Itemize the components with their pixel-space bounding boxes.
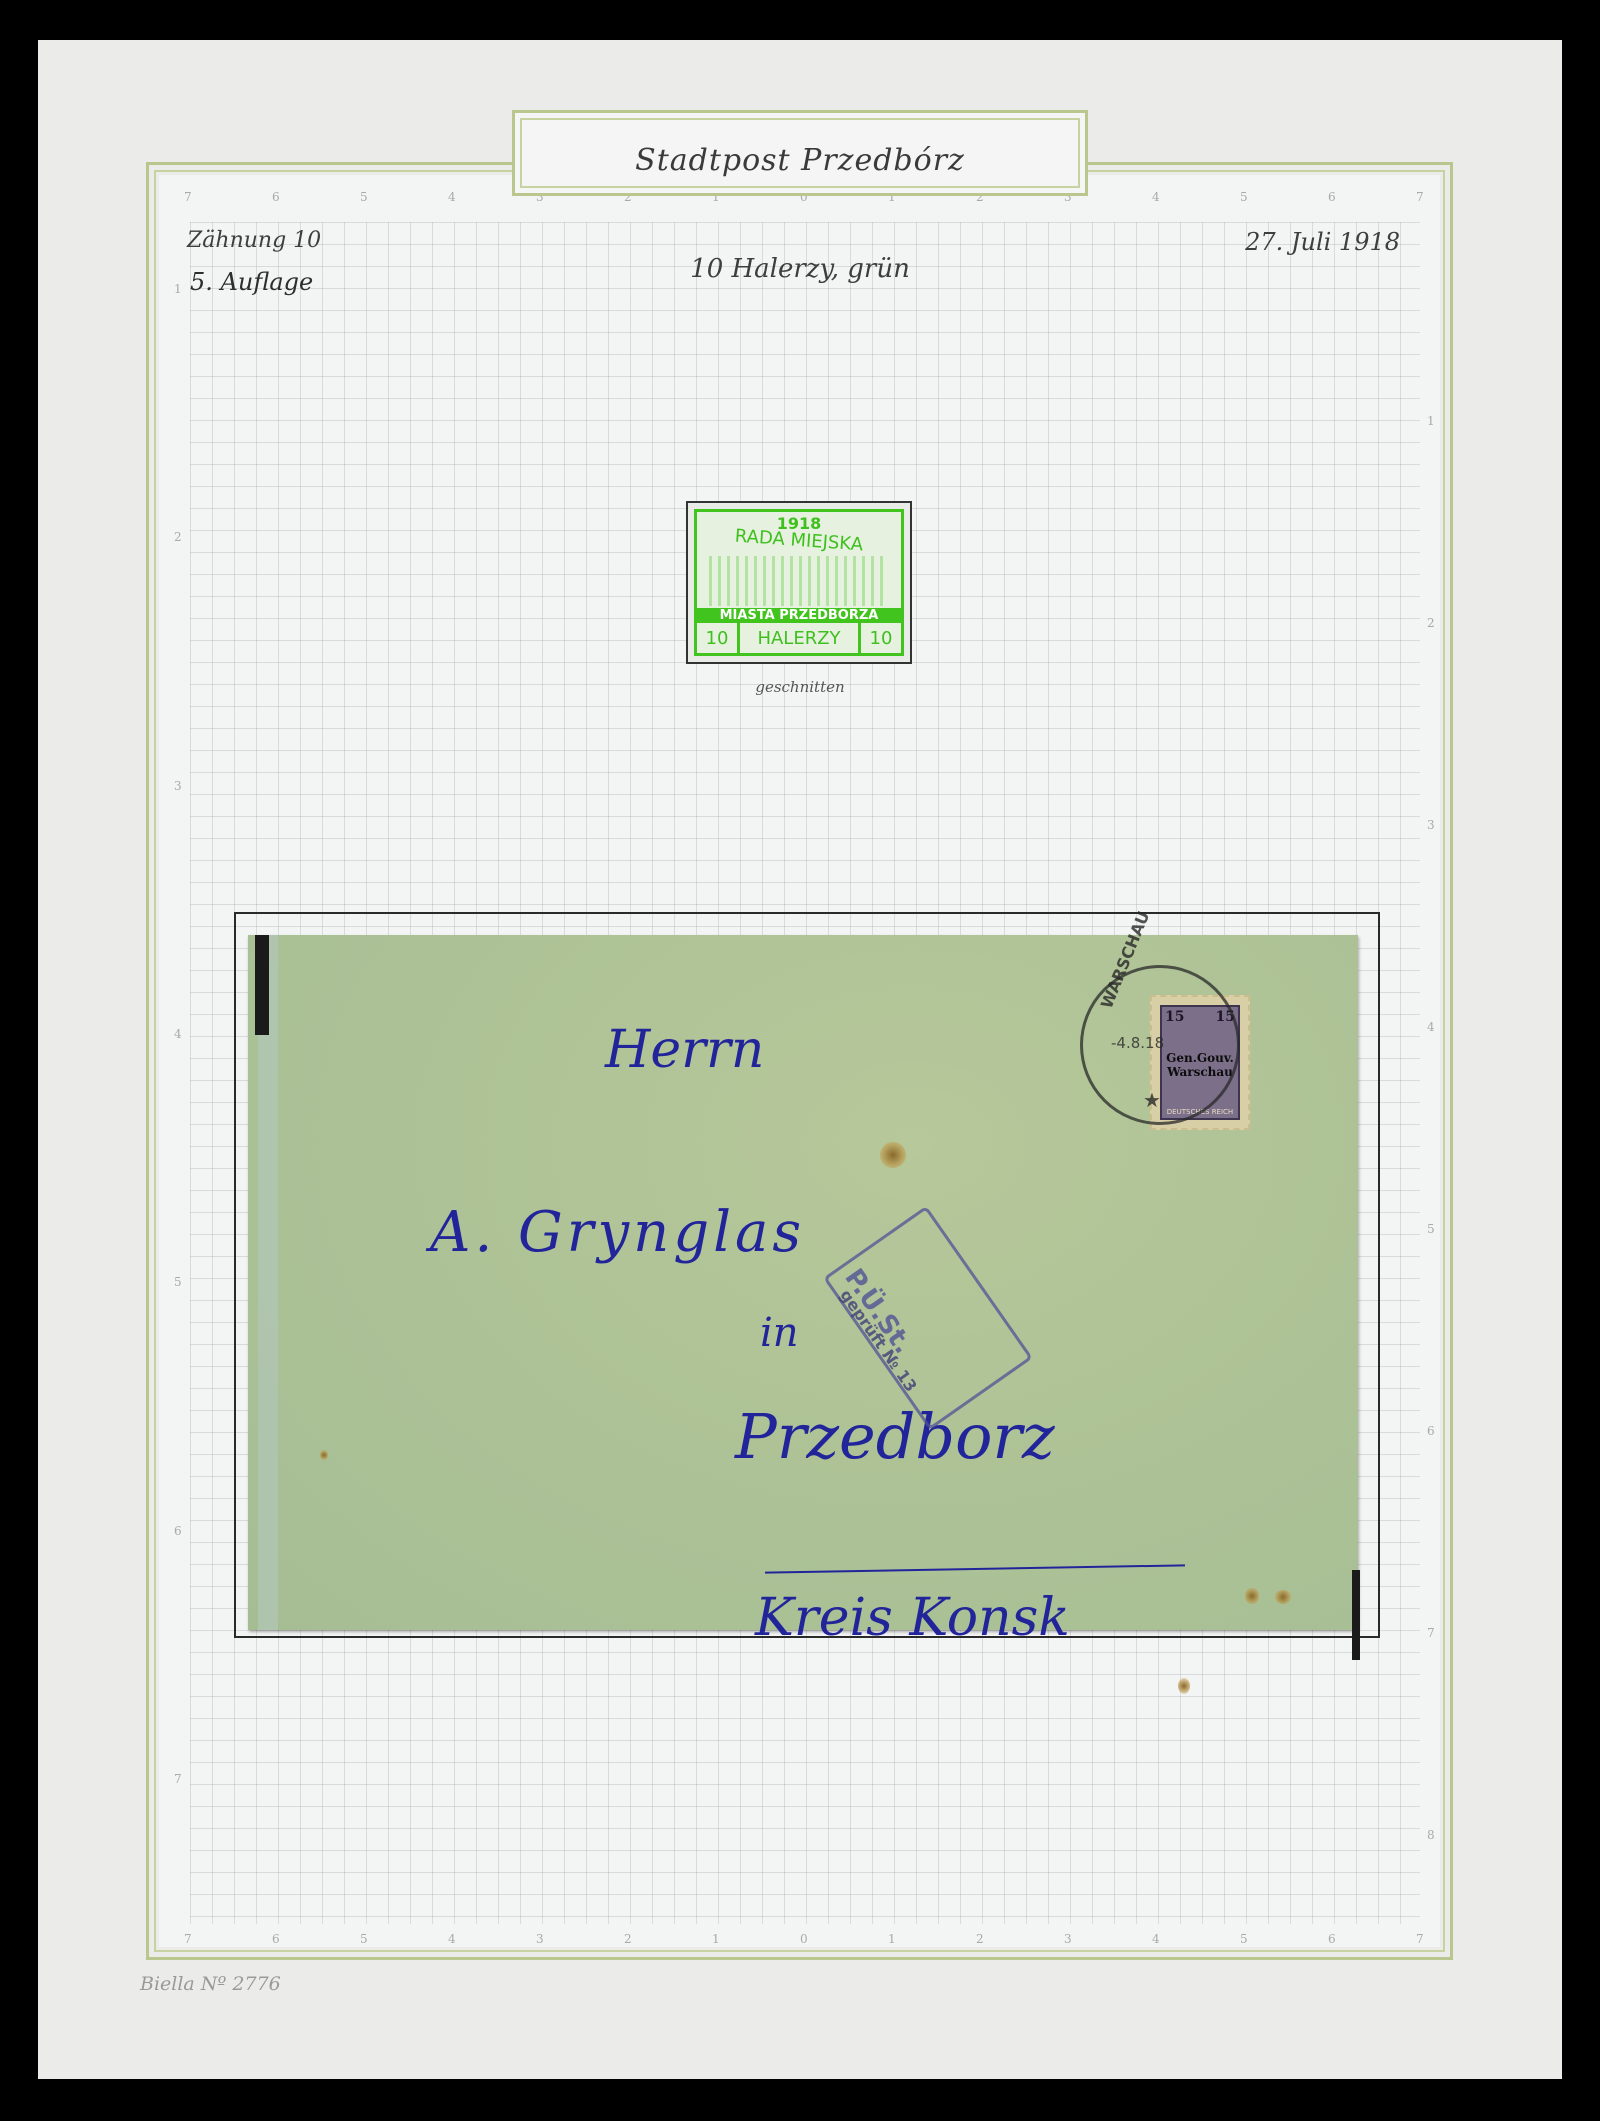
star-icon: ★ xyxy=(1143,1088,1161,1112)
scale-label: 6 xyxy=(272,1932,280,1946)
preposition: in xyxy=(760,1310,799,1356)
scale-label: 5 xyxy=(360,190,368,204)
scale-label: 2 xyxy=(174,530,182,544)
mount-corner-left xyxy=(255,935,269,1035)
scale-label: 6 xyxy=(174,1524,182,1538)
scale-label: 6 xyxy=(1427,1424,1435,1438)
stamp-mount[interactable]: 1918 RADA MIEJSKA MIASTA PRZEDBORZA 10 H… xyxy=(686,501,912,664)
foxing-spot xyxy=(1275,1590,1291,1604)
scale-label: 1 xyxy=(174,282,182,296)
addressee: A. Gryngl​as xyxy=(430,1200,805,1265)
scale-label: 7 xyxy=(174,1772,182,1786)
scale-label: 5 xyxy=(360,1932,368,1946)
title-cartouche: Stadtpost Przedbórz xyxy=(512,110,1088,196)
scale-label: 3 xyxy=(1064,1932,1072,1946)
salutation: Herrn xyxy=(605,1020,764,1080)
stamp-value-right: 10 xyxy=(861,623,901,653)
scale-label: 0 xyxy=(800,1932,808,1946)
scale-label: 5 xyxy=(1240,1932,1248,1946)
mount-corner-right xyxy=(1352,1570,1360,1660)
scale-label: 4 xyxy=(1427,1020,1435,1034)
foxing-spot xyxy=(320,1450,328,1460)
scale-label: 4 xyxy=(448,1932,456,1946)
stamp-value-row: 10 HALERZY 10 xyxy=(697,620,901,653)
postmark-date: -4.8.18 xyxy=(1111,1034,1164,1052)
destination-city: Przedborz xyxy=(735,1400,1055,1473)
scale-label: 3 xyxy=(174,779,182,793)
scale-label: 3 xyxy=(1427,818,1435,832)
town-hall-illustration-icon xyxy=(709,556,889,606)
scale-label: 8 xyxy=(1427,1828,1435,1842)
value-description: 10 Halerzy, grün xyxy=(0,254,1600,284)
scale-label: 4 xyxy=(1152,1932,1160,1946)
scale-label: 1 xyxy=(1427,414,1435,428)
local-stamp[interactable]: 1918 RADA MIEJSKA MIASTA PRZEDBORZA 10 H… xyxy=(694,509,904,656)
scale-label: 4 xyxy=(174,1027,182,1041)
maker-imprint: Biella Nº 2776 xyxy=(140,1973,281,1995)
scale-label: 7 xyxy=(1416,190,1424,204)
scale-label: 1 xyxy=(712,1932,720,1946)
scale-label: 7 xyxy=(1416,1932,1424,1946)
scale-label: 5 xyxy=(1427,1222,1435,1236)
foxing-spot xyxy=(1178,1678,1190,1694)
scale-label: 6 xyxy=(272,190,280,204)
scale-label: 7 xyxy=(184,1932,192,1946)
scale-label: 1 xyxy=(888,1932,896,1946)
scale-label: 7 xyxy=(1427,1626,1435,1640)
page-title: Stadtpost Przedbórz xyxy=(515,143,1085,178)
stamp-currency: HALERZY xyxy=(737,623,861,653)
scale-label: 6 xyxy=(1328,1932,1336,1946)
foxing-spot xyxy=(1245,1588,1259,1604)
postmark-cancel: WARSCHAU -4.8.18 ★ xyxy=(1080,965,1240,1125)
scale-label: 7 xyxy=(184,190,192,204)
destination-district: Kreis Konsk xyxy=(755,1588,1070,1648)
envelope-edge xyxy=(258,935,278,1630)
scale-label: 4 xyxy=(448,190,456,204)
foxing-spot xyxy=(880,1142,906,1168)
scale-label: 2 xyxy=(624,1932,632,1946)
scale-label: 2 xyxy=(1427,616,1435,630)
date-note: 27. Juli 1918 xyxy=(1245,228,1400,256)
scale-label: 4 xyxy=(1152,190,1160,204)
imperforate-note: geschnitten xyxy=(0,678,1600,696)
scale-label: 2 xyxy=(976,1932,984,1946)
scale-label: 5 xyxy=(1240,190,1248,204)
perforation-note: Zähnung 10 xyxy=(187,228,321,253)
scale-label: 6 xyxy=(1328,190,1336,204)
stamp-value-left: 10 xyxy=(697,623,737,653)
scale-label: 3 xyxy=(536,1932,544,1946)
scale-label: 5 xyxy=(174,1275,182,1289)
